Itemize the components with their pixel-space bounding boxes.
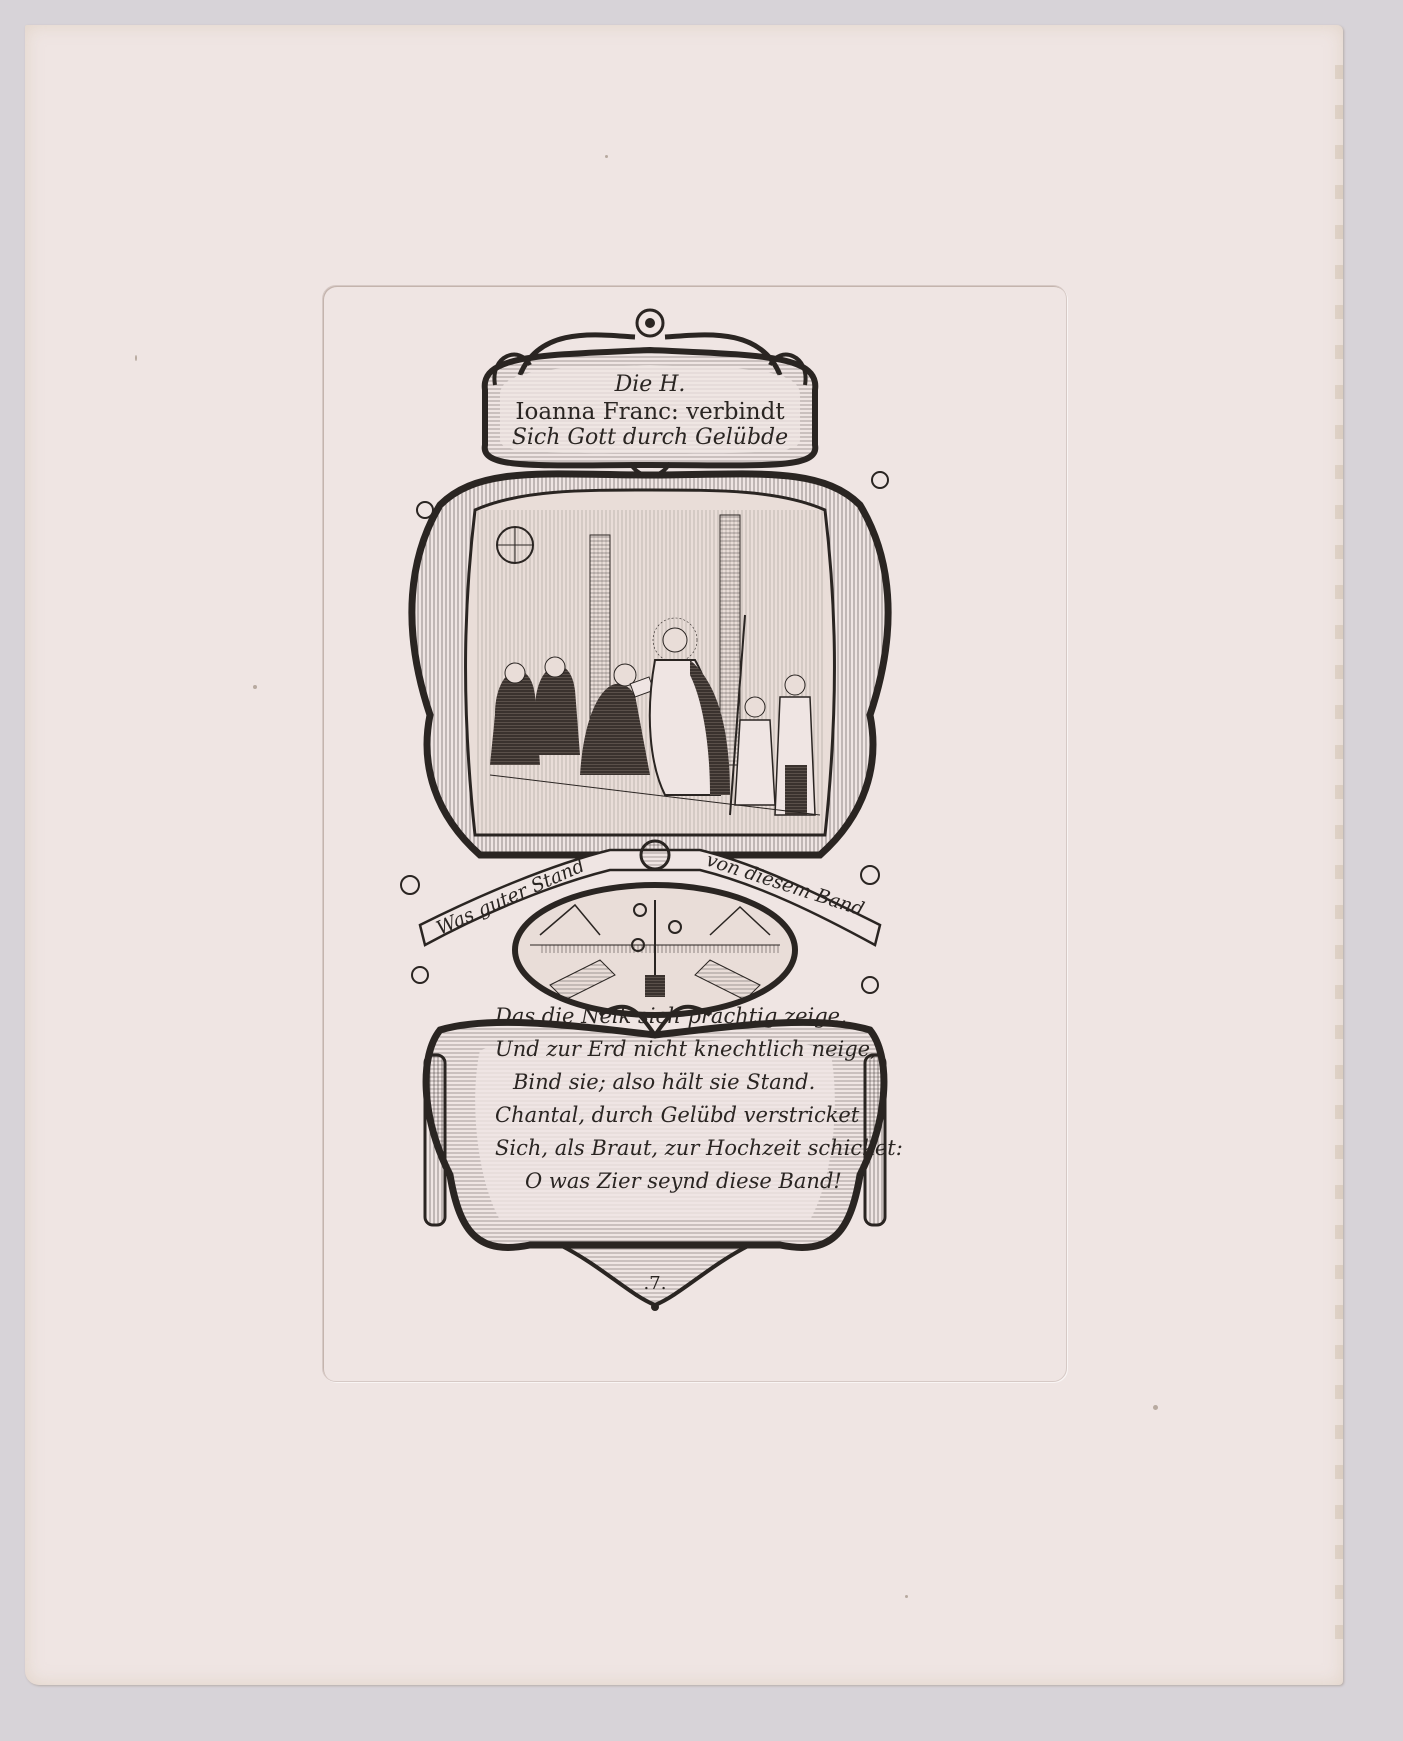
verse-line: Und zur Erd nicht knechtlich neige, [495, 1033, 935, 1066]
paper-speck [1153, 1405, 1158, 1410]
flower-pot [645, 975, 665, 997]
plate-number: .7. [400, 1273, 910, 1294]
verse-line: Sich, als Braut, zur Hochzeit schicket: [495, 1132, 935, 1165]
engraving: Was guter Stand von diesem Band [400, 295, 1020, 1345]
title-line-1: Die H. [400, 372, 900, 397]
verse-text: Das die Nelk sich prächtig zeige, Und zu… [495, 1000, 935, 1198]
verse-line: Bind sie; also hält sie Stand. [495, 1066, 935, 1099]
verse-line: Chantal, durch Gelübd verstricket [495, 1099, 935, 1132]
paper-speck [135, 355, 137, 361]
verse-line: O was Zier seynd diese Band! [495, 1165, 935, 1198]
verse-line: Das die Nelk sich prächtig zeige, [495, 1000, 935, 1033]
left-pillar [425, 1055, 445, 1225]
title-line-3: Sich Gott durch Gelübde [400, 425, 900, 450]
paper-speck [253, 685, 257, 689]
vow-scene [475, 510, 825, 835]
paper-speck [605, 155, 608, 158]
title-line-2: Ioanna Franc: verbindt [400, 399, 900, 425]
paper-speck [905, 1595, 908, 1598]
